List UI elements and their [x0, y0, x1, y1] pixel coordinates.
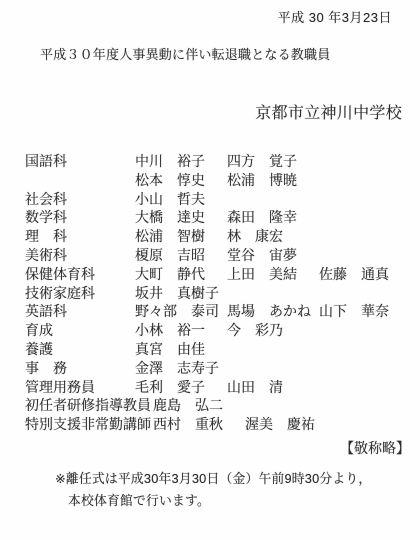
roster-row: 松本 惇史松浦 博暁 — [25, 171, 420, 190]
staff-roster: 国語科中川 裕子四方 覚子松本 惇史松浦 博暁社会科小山 哲夫数学科大橋 達史森… — [25, 152, 420, 434]
notice-line1: ※離任式は平成30年3月30日（金）午前9時30分より， — [55, 468, 371, 490]
honorifics-note: 【敬称略】 — [340, 438, 410, 458]
staff-name: 馬場 あかね — [227, 302, 319, 321]
role-label: 国語科 — [25, 152, 133, 171]
staff-name: 金澤 志寿子 — [135, 359, 227, 378]
roster-row: 初任者研修指導教員鹿島 弘二 — [25, 396, 420, 415]
role-label: 特別支援非常勤講師 — [25, 415, 151, 434]
staff-name: 松浦 智樹 — [135, 227, 227, 246]
role-label: 保健体育科 — [25, 265, 133, 284]
farewell-ceremony-notice: ※離任式は平成30年3月30日（金）午前9時30分より， 本校体育館で行います。 — [55, 468, 371, 511]
role-label: 英語科 — [25, 302, 133, 321]
roster-row: 英語科野々部 泰司馬場 あかね山下 華奈 — [25, 302, 420, 321]
staff-name: 西村 重秋 — [153, 415, 245, 434]
role-label: 数学科 — [25, 208, 133, 227]
staff-name: 大橋 達史 — [135, 208, 227, 227]
staff-name: 榎原 吉昭 — [135, 246, 227, 265]
staff-name: 今 彩乃 — [227, 321, 319, 340]
roster-row: 理 科松浦 智樹林 康宏 — [25, 227, 420, 246]
document-page: 平成 30 年3月23日 平成３０年度人事異動に伴い転退職となる教職員 京都市立… — [0, 0, 420, 540]
role-label: 管理用務員 — [25, 378, 133, 397]
staff-name: 毛利 愛子 — [135, 378, 227, 397]
roster-row: 数学科大橋 達史森田 隆幸 — [25, 208, 420, 227]
staff-name: 真宮 由佳 — [135, 340, 227, 359]
roster-row: 育成小林 裕一今 彩乃 — [25, 321, 420, 340]
role-label: 初任者研修指導教員 — [25, 396, 151, 415]
roster-row: 国語科中川 裕子四方 覚子 — [25, 152, 420, 171]
document-title: 平成３０年度人事異動に伴い転退職となる教職員 — [40, 44, 330, 63]
roster-row: 特別支援非常勤講師西村 重秋渥美 慶祐 — [25, 415, 420, 434]
document-date: 平成 30 年3月23日 — [278, 7, 392, 26]
roster-row: 保健体育科大町 静代上田 美結佐藤 通真 — [25, 265, 420, 284]
roster-row: 美術科榎原 吉昭堂谷 宙夢 — [25, 246, 420, 265]
roster-row: 事 務金澤 志寿子 — [25, 359, 420, 378]
roster-row: 管理用務員毛利 愛子山田 清 — [25, 378, 420, 397]
staff-name: 堂谷 宙夢 — [227, 246, 319, 265]
role-label: 技術家庭科 — [25, 284, 133, 303]
staff-name: 森田 隆幸 — [227, 208, 319, 227]
roster-row: 養護真宮 由佳 — [25, 340, 420, 359]
role-label: 社会科 — [25, 190, 133, 209]
role-label: 理 科 — [25, 227, 133, 246]
school-name: 京都市立神川中学校 — [255, 100, 402, 123]
staff-name: 野々部 泰司 — [135, 302, 227, 321]
role-label: 事 務 — [25, 359, 133, 378]
staff-name: 松本 惇史 — [135, 171, 227, 190]
staff-name: 小林 裕一 — [135, 321, 227, 340]
staff-name: 大町 静代 — [135, 265, 227, 284]
staff-name: 松浦 博暁 — [227, 171, 319, 190]
staff-name: 林 康宏 — [227, 227, 319, 246]
staff-name: 四方 覚子 — [227, 152, 319, 171]
roster-row: 技術家庭科坂井 真樹子 — [25, 284, 420, 303]
staff-name: 山田 清 — [227, 378, 319, 397]
staff-name: 山下 華奈 — [319, 302, 411, 321]
staff-name: 上田 美結 — [227, 265, 319, 284]
staff-name: 中川 裕子 — [135, 152, 227, 171]
staff-name: 坂井 真樹子 — [135, 284, 227, 303]
staff-name: 鹿島 弘二 — [153, 396, 245, 415]
role-label: 美術科 — [25, 246, 133, 265]
roster-row: 社会科小山 哲夫 — [25, 190, 420, 209]
staff-name: 小山 哲夫 — [135, 190, 227, 209]
notice-line2: 本校体育館で行います。 — [55, 490, 371, 512]
staff-name: 渥美 慶祐 — [245, 415, 337, 434]
role-label: 育成 — [25, 321, 133, 340]
role-label: 養護 — [25, 340, 133, 359]
staff-name: 佐藤 通真 — [319, 265, 411, 284]
